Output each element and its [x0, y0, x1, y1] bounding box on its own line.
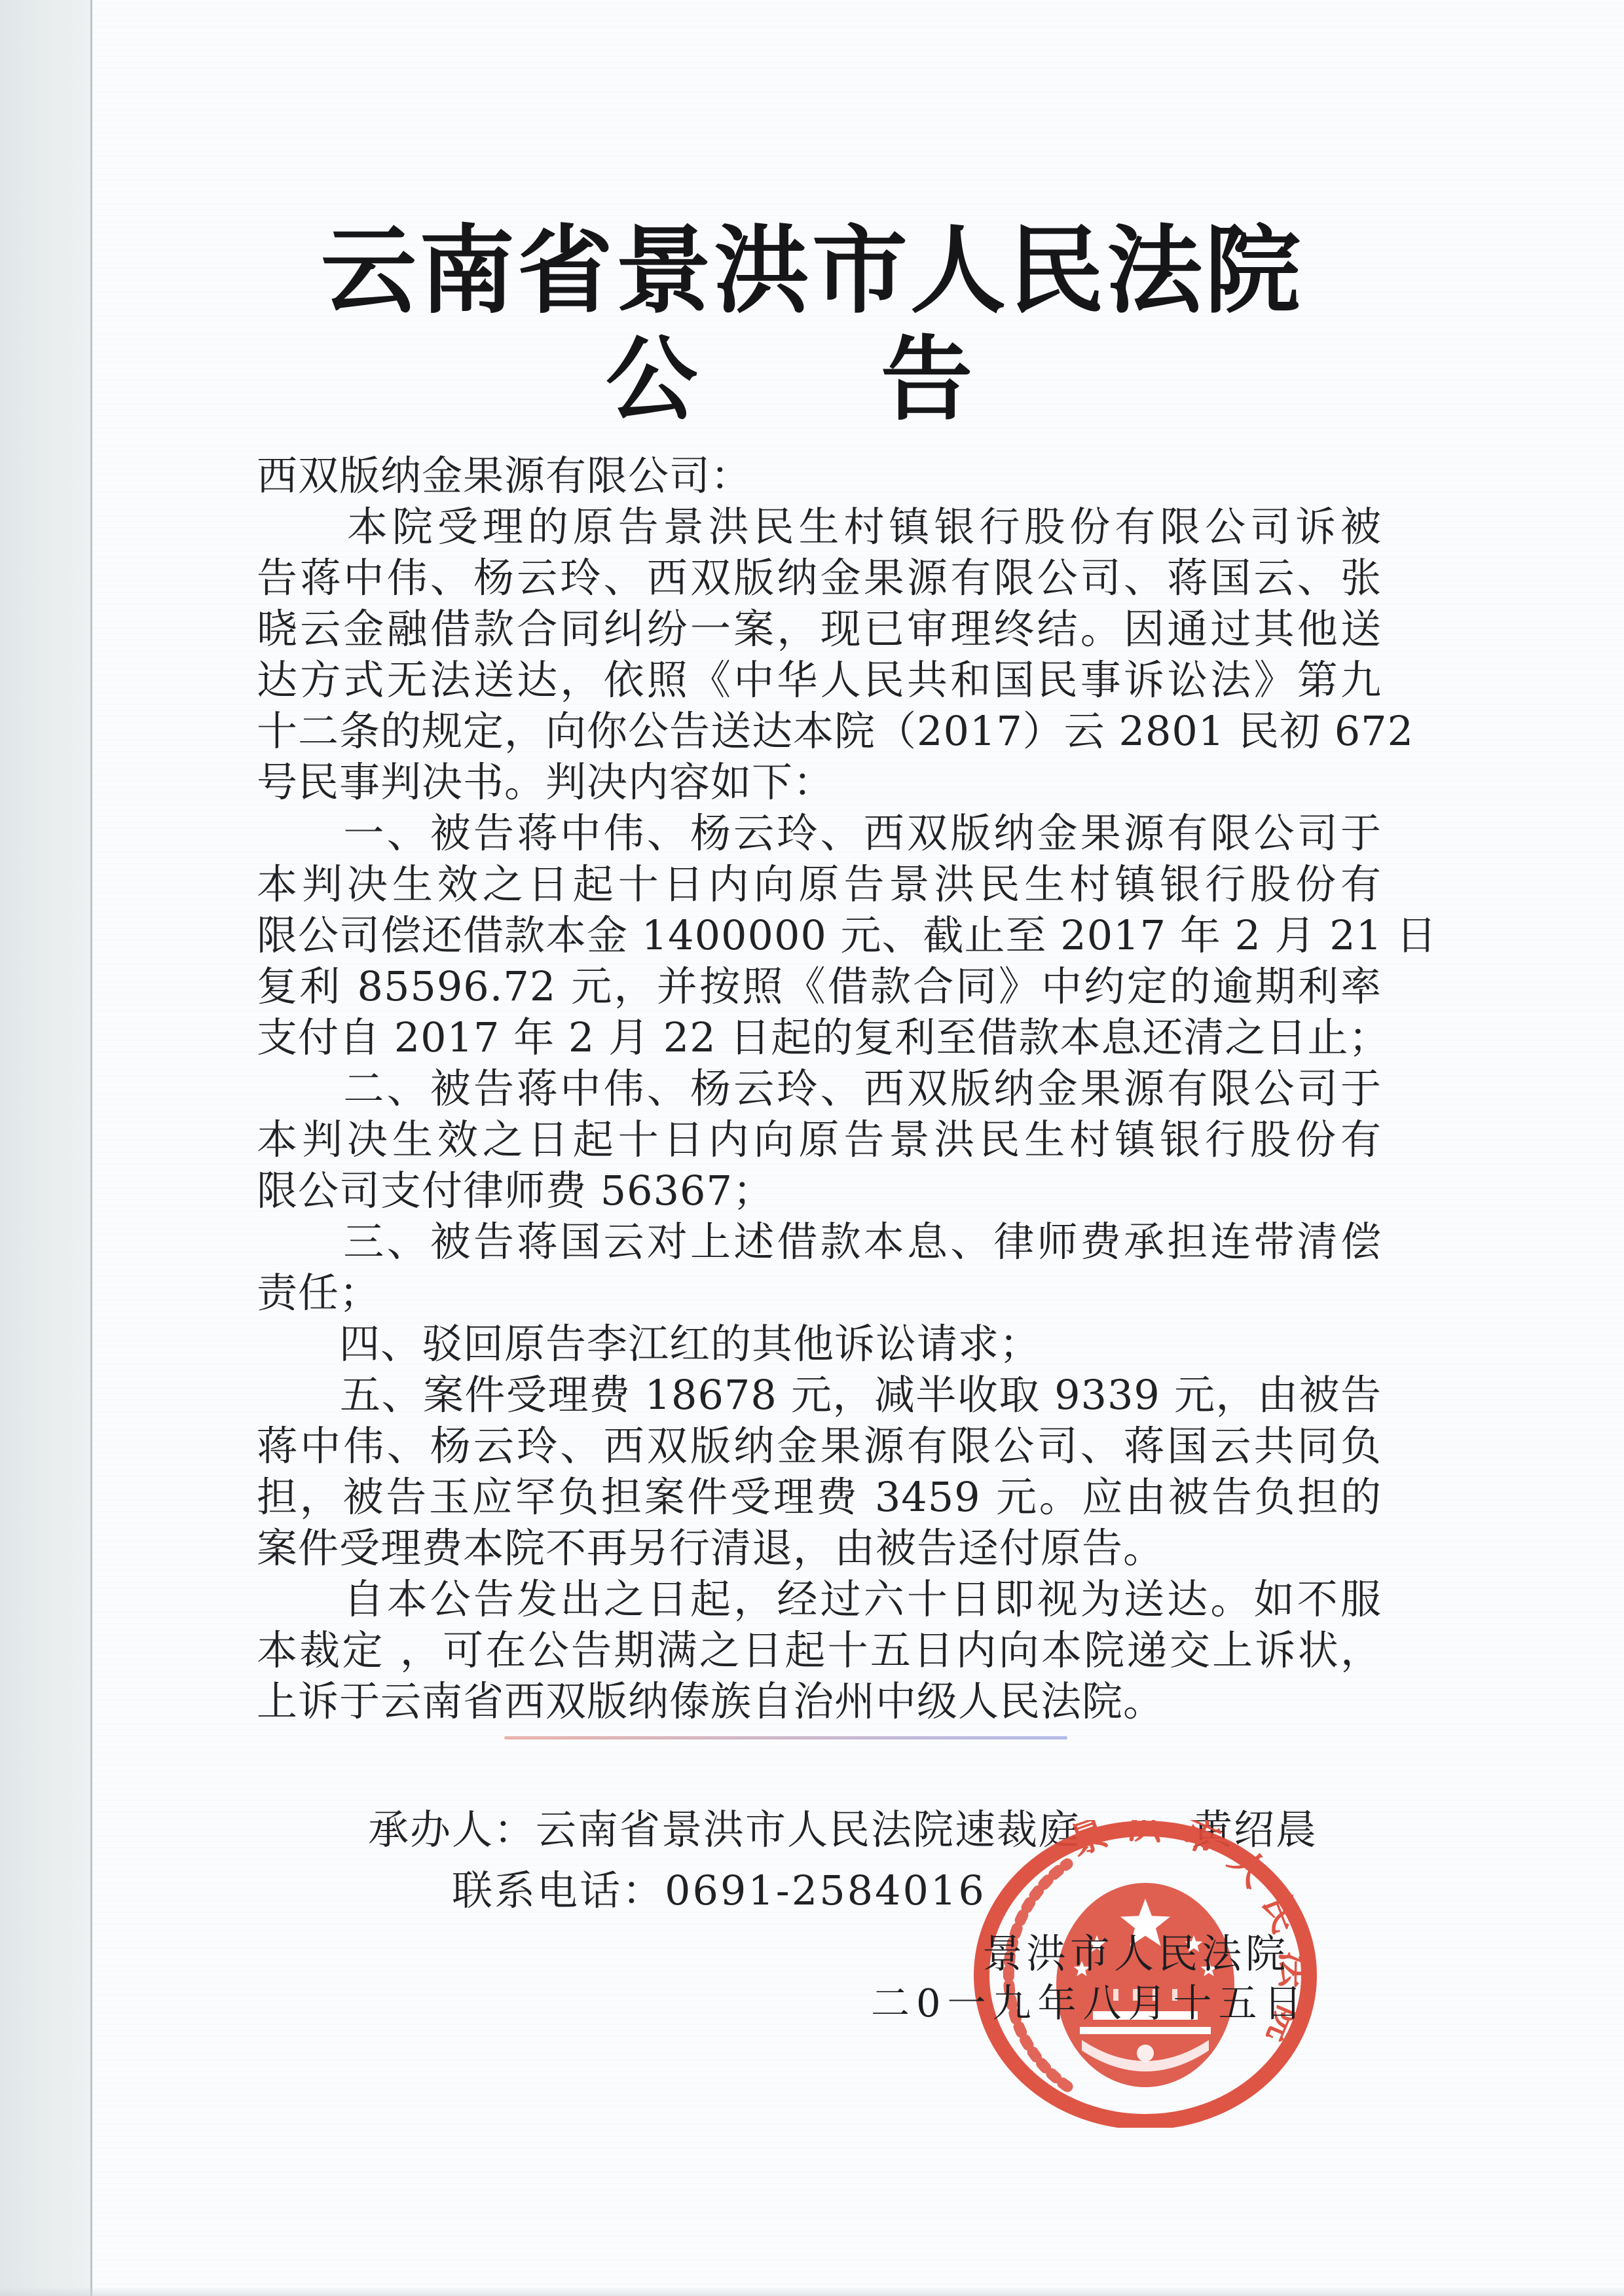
body-line: 案件受理费本院不再另行清退，由被告迳付原告。	[257, 1523, 1382, 1574]
notice-body: 西双版纳金果源有限公司： 本院受理的原告景洪民生村镇银行股份有限公司诉被 告蒋中…	[257, 450, 1382, 1727]
body-line: 四、驳回原告李江红的其他诉讼请求；	[257, 1319, 1382, 1370]
body-line: 一、被告蒋中伟、杨云玲、西双版纳金果源有限公司于	[257, 808, 1382, 859]
body-line: 西双版纳金果源有限公司：	[257, 450, 1382, 501]
body-line: 蒋中伟、杨云玲、西双版纳金果源有限公司、蒋国云共同负	[257, 1421, 1382, 1472]
body-line: 号民事判决书。判决内容如下：	[257, 757, 1382, 808]
body-line: 达方式无法送达，依照《中华人民共和国民事诉讼法》第九	[257, 655, 1382, 706]
body-line: 担，被告玉应罕负担案件受理费 3459 元。应由被告负担的	[257, 1472, 1382, 1523]
body-line: 告蒋中伟、杨云玲、西双版纳金果源有限公司、蒋国云、张	[257, 553, 1382, 604]
phone-line: 联系电话：0691-2584016	[452, 1858, 986, 1916]
body-line: 十二条的规定，向你公告送达本院（2017）云 2801 民初 672	[257, 706, 1382, 757]
body-line: 自本公告发出之日起，经过六十日即视为送达。如不服	[257, 1574, 1382, 1625]
body-line: 三、被告蒋国云对上述借款本息、律师费承担连带清偿	[257, 1216, 1382, 1267]
body-line: 限公司偿还借款本金 1400000 元、截止至 2017 年 2 月 21 日	[257, 910, 1382, 961]
body-line: 本判决生效之日起十日内向原告景洪民生村镇银行股份有	[257, 859, 1382, 910]
body-line: 本判决生效之日起十日内向原告景洪民生村镇银行股份有	[257, 1114, 1382, 1165]
body-line: 五、案件受理费 18678 元，减半收取 9339 元，由被告	[257, 1370, 1382, 1421]
phone-number: 0691-2584016	[665, 1867, 986, 1914]
phone-label: 联系电话：	[452, 1867, 665, 1914]
stamp-date: 二0一九年八月十五日	[871, 1972, 1309, 2028]
stamp-court-name: 景洪市人民法院	[982, 1922, 1289, 1979]
body-line: 责任；	[257, 1267, 1382, 1319]
scan-artifact	[504, 1736, 1067, 1740]
body-line: 限公司支付律师费 56367；	[257, 1165, 1382, 1216]
body-line: 复利 85596.72 元，并按照《借款合同》中约定的逾期利率	[257, 961, 1382, 1012]
scanned-document-page: 云南省景洪市人民法院 公 告 西双版纳金果源有限公司： 本院受理的原告景洪民生村…	[0, 0, 1624, 2296]
handler-label: 承办人：	[368, 1806, 536, 1853]
body-line: 二、被告蒋中伟、杨云玲、西双版纳金果源有限公司于	[257, 1063, 1382, 1114]
scan-bottom-shadow	[0, 2287, 1624, 2296]
body-line: 上诉于云南省西双版纳傣族自治州中级人民法院。	[257, 1676, 1382, 1727]
body-line: 支付自 2017 年 2 月 22 日起的复利至借款本息还清之日止；	[257, 1012, 1382, 1063]
body-line: 本裁定 ，可在公告期满之日起十五日内向本院递交上诉状，	[257, 1625, 1382, 1676]
notice-title: 公 告	[0, 306, 1578, 438]
body-line: 晓云金融借款合同纠纷一案，现已审理终结。因通过其他送	[257, 604, 1382, 655]
body-line: 本院受理的原告景洪民生村镇银行股份有限公司诉被	[257, 501, 1382, 553]
